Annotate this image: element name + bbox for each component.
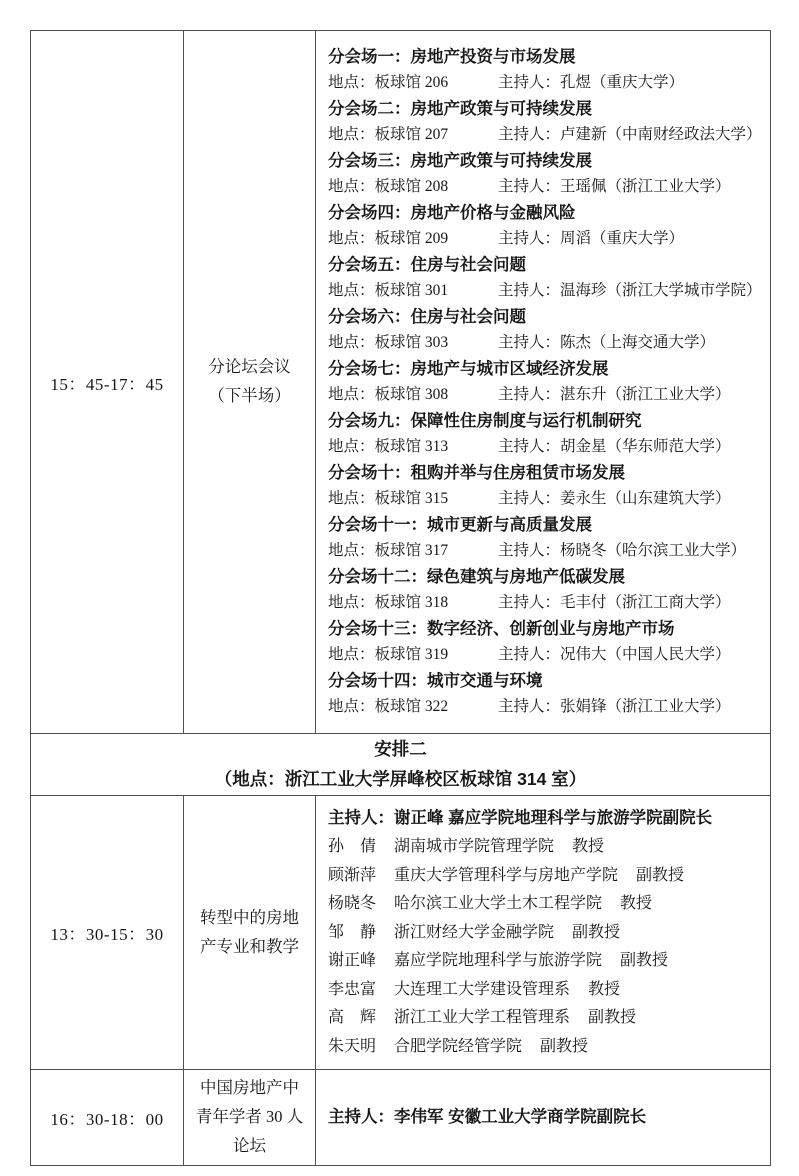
text-line: 论坛 (184, 1132, 315, 1161)
panelist-rank: 教授 (620, 895, 652, 912)
panelist-row: 孙 倩湖南城市学院管理学院教授 (328, 833, 766, 862)
session-location: 地点：板球馆 318 (328, 590, 498, 616)
panelist-affiliation: 嘉应学院地理科学与旅游学院 (394, 952, 602, 969)
panelist-row: 李忠富大连理工大学建设管理系教授 (328, 976, 766, 1005)
session-location: 地点：板球馆 303 (328, 330, 498, 356)
session-location-host-line: 地点：板球馆 301主持人：温海珍（浙江大学城市学院） (328, 278, 766, 304)
session-location: 地点：板球馆 301 (328, 278, 498, 304)
panelist-name: 谢正峰 (328, 947, 394, 976)
session-host: 主持人：况伟大（中国人民大学） (498, 646, 731, 663)
session-host: 主持人：毛丰付（浙江工商大学） (498, 594, 731, 611)
session-host: 主持人：张娟锋（浙江工业大学） (498, 698, 731, 715)
panelist-name: 顾渐萍 (328, 862, 394, 891)
session-location: 地点：板球馆 308 (328, 382, 498, 408)
panelist-rank: 副教授 (620, 952, 668, 969)
text-line: 转型中的房地 (184, 904, 315, 933)
arrangement2-subtitle: （地点：浙江工业大学屏峰校区板球馆 314 室） (31, 765, 770, 795)
session-title: 分会场九：保障性住房制度与运行机制研究 (328, 408, 766, 434)
session-location-host-line: 地点：板球馆 313主持人：胡金星（华东师范大学） (328, 434, 766, 460)
panelist-row: 杨晓冬哈尔滨工业大学土木工程学院教授 (328, 890, 766, 919)
session-location-host-line: 地点：板球馆 318主持人：毛丰付（浙江工商大学） (328, 590, 766, 616)
panelist-row: 谢正峰嘉应学院地理科学与旅游学院副教授 (328, 947, 766, 976)
panelist-rank: 教授 (572, 838, 604, 855)
panelist-row: 邹 静浙江财经大学金融学院副教授 (328, 919, 766, 948)
session-location-host-line: 地点：板球馆 206主持人：孔煜（重庆大学） (328, 70, 766, 96)
table-row-young-scholars: 16：30-18：00 中国房地产中青年学者 30 人论坛 主持人：李伟军 安徽… (31, 1070, 771, 1166)
panelist-rank: 副教授 (572, 924, 620, 941)
session-host: 主持人：陈杰（上海交通大学） (498, 334, 715, 351)
text-line: 青年学者 30 人 (184, 1103, 315, 1132)
session-host: 主持人：卢建新（中南财经政法大学） (498, 126, 762, 143)
session-location-host-line: 地点：板球馆 303主持人：陈杰（上海交通大学） (328, 330, 766, 356)
session-location: 地点：板球馆 209 (328, 226, 498, 252)
time-cell-young-scholars: 16：30-18：00 (31, 1070, 184, 1166)
session-location: 地点：板球馆 207 (328, 122, 498, 148)
table-row-subforum: 15：45-17：45 分论坛会议（下半场） 分会场一：房地产投资与市场发展地点… (31, 31, 771, 734)
text-line: 中国房地产中 (184, 1074, 315, 1103)
session-title: 分会场二：房地产政策与可持续发展 (328, 96, 766, 122)
text-line: （下半场） (184, 382, 315, 411)
session-location-host-line: 地点：板球馆 315主持人：姜永生（山东建筑大学） (328, 486, 766, 512)
panelist-rank: 副教授 (636, 867, 684, 884)
session-title: 分会场三：房地产政策与可持续发展 (328, 148, 766, 174)
panelist-affiliation: 哈尔滨工业大学土木工程学院 (394, 895, 602, 912)
session-location-host-line: 地点：板球馆 308主持人：湛东升（浙江工业大学） (328, 382, 766, 408)
panelist-affiliation: 重庆大学管理科学与房地产学院 (394, 867, 618, 884)
panelist-rank: 副教授 (588, 1009, 636, 1026)
session-title: 分会场一：房地产投资与市场发展 (328, 44, 766, 70)
panelist-affiliation: 大连理工大学建设管理系 (394, 981, 570, 998)
sessions-list: 分会场一：房地产投资与市场发展地点：板球馆 206主持人：孔煜（重庆大学）分会场… (328, 44, 766, 720)
text-line: 产专业和教学 (184, 933, 315, 962)
panelist-rank: 教授 (588, 981, 620, 998)
session-location-host-line: 地点：板球馆 207主持人：卢建新（中南财经政法大学） (328, 122, 766, 148)
panelist-name: 杨晓冬 (328, 890, 394, 919)
panelist-affiliation: 合肥学院经管学院 (394, 1038, 522, 1055)
session-location-host-line: 地点：板球馆 209主持人：周滔（重庆大学） (328, 226, 766, 252)
panelist-name: 邹 静 (328, 919, 394, 948)
panelist-name: 李忠富 (328, 976, 394, 1005)
session-name-cell-subforum: 分论坛会议（下半场） (184, 31, 316, 734)
panelist-affiliation: 浙江财经大学金融学院 (394, 924, 554, 941)
session-host: 主持人：胡金星（华东师范大学） (498, 438, 731, 455)
panelists-list: 孙 倩湖南城市学院管理学院教授顾渐萍重庆大学管理科学与房地产学院副教授杨晓冬哈尔… (328, 833, 766, 1061)
panelist-name: 朱天明 (328, 1033, 394, 1062)
arrangement2-header-cell: 安排二 （地点：浙江工业大学屏峰校区板球馆 314 室） (31, 734, 771, 796)
session-host: 主持人：孔煜（重庆大学） (498, 74, 684, 91)
detail-cell-teaching: 主持人：谢正峰 嘉应学院地理科学与旅游学院副院长 孙 倩湖南城市学院管理学院教授… (316, 796, 771, 1070)
detail-cell-subforum: 分会场一：房地产投资与市场发展地点：板球馆 206主持人：孔煜（重庆大学）分会场… (316, 31, 771, 734)
session-host: 主持人：姜永生（山东建筑大学） (498, 490, 731, 507)
time-cell-teaching: 13：30-15：30 (31, 796, 184, 1070)
session-host: 主持人：湛东升（浙江工业大学） (498, 386, 731, 403)
session-location: 地点：板球馆 322 (328, 694, 498, 720)
text-line: 分论坛会议 (184, 353, 315, 382)
session-title: 分会场七：房地产与城市区域经济发展 (328, 356, 766, 382)
conference-schedule-page: 15：45-17：45 分论坛会议（下半场） 分会场一：房地产投资与市场发展地点… (0, 0, 799, 1176)
host-line-teaching: 主持人：谢正峰 嘉应学院地理科学与旅游学院副院长 (328, 804, 766, 833)
session-title: 分会场十二：绿色建筑与房地产低碳发展 (328, 564, 766, 590)
table-row-teaching: 13：30-15：30 转型中的房地产专业和教学 主持人：谢正峰 嘉应学院地理科… (31, 796, 771, 1070)
session-location: 地点：板球馆 313 (328, 434, 498, 460)
panelist-row: 高 辉浙江工业大学工程管理系副教授 (328, 1004, 766, 1033)
session-title: 分会场五：住房与社会问题 (328, 252, 766, 278)
panelist-name: 孙 倩 (328, 833, 394, 862)
panelist-row: 朱天明合肥学院经管学院副教授 (328, 1033, 766, 1062)
time-cell-subforum: 15：45-17：45 (31, 31, 184, 734)
session-location: 地点：板球馆 315 (328, 486, 498, 512)
session-host: 主持人：周滔（重庆大学） (498, 230, 684, 247)
panelist-affiliation: 湖南城市学院管理学院 (394, 838, 554, 855)
detail-cell-young-scholars: 主持人：李伟军 安徽工业大学商学院副院长 (316, 1070, 771, 1166)
session-title: 分会场十：租购并举与住房租赁市场发展 (328, 460, 766, 486)
schedule-table: 15：45-17：45 分论坛会议（下半场） 分会场一：房地产投资与市场发展地点… (30, 30, 771, 1166)
panelist-name: 高 辉 (328, 1004, 394, 1033)
session-host: 主持人：温海珍（浙江大学城市学院） (498, 282, 762, 299)
panelist-affiliation: 浙江工业大学工程管理系 (394, 1009, 570, 1026)
session-location-host-line: 地点：板球馆 322主持人：张娟锋（浙江工业大学） (328, 694, 766, 720)
session-host: 主持人：王瑶佩（浙江工业大学） (498, 178, 731, 195)
panelist-row: 顾渐萍重庆大学管理科学与房地产学院副教授 (328, 862, 766, 891)
session-title: 分会场六：住房与社会问题 (328, 304, 766, 330)
session-host: 主持人：杨晓冬（哈尔滨工业大学） (498, 542, 746, 559)
session-location: 地点：板球馆 208 (328, 174, 498, 200)
session-title: 分会场四：房地产价格与金融风险 (328, 200, 766, 226)
table-row-arrangement2-header: 安排二 （地点：浙江工业大学屏峰校区板球馆 314 室） (31, 734, 771, 796)
arrangement2-title: 安排二 (31, 735, 770, 765)
session-title: 分会场十四：城市交通与环境 (328, 668, 766, 694)
session-title: 分会场十三：数字经济、创新创业与房地产市场 (328, 616, 766, 642)
session-name-cell-teaching: 转型中的房地产专业和教学 (184, 796, 316, 1070)
host-line-young-scholars: 主持人：李伟军 安徽工业大学商学院副院长 (328, 1103, 770, 1132)
session-location-host-line: 地点：板球馆 317主持人：杨晓冬（哈尔滨工业大学） (328, 538, 766, 564)
session-location-host-line: 地点：板球馆 208主持人：王瑶佩（浙江工业大学） (328, 174, 766, 200)
panelist-rank: 副教授 (540, 1038, 588, 1055)
session-title: 分会场十一：城市更新与高质量发展 (328, 512, 766, 538)
session-location: 地点：板球馆 319 (328, 642, 498, 668)
session-location: 地点：板球馆 206 (328, 70, 498, 96)
session-location-host-line: 地点：板球馆 319主持人：况伟大（中国人民大学） (328, 642, 766, 668)
session-name-cell-young-scholars: 中国房地产中青年学者 30 人论坛 (184, 1070, 316, 1166)
session-location: 地点：板球馆 317 (328, 538, 498, 564)
